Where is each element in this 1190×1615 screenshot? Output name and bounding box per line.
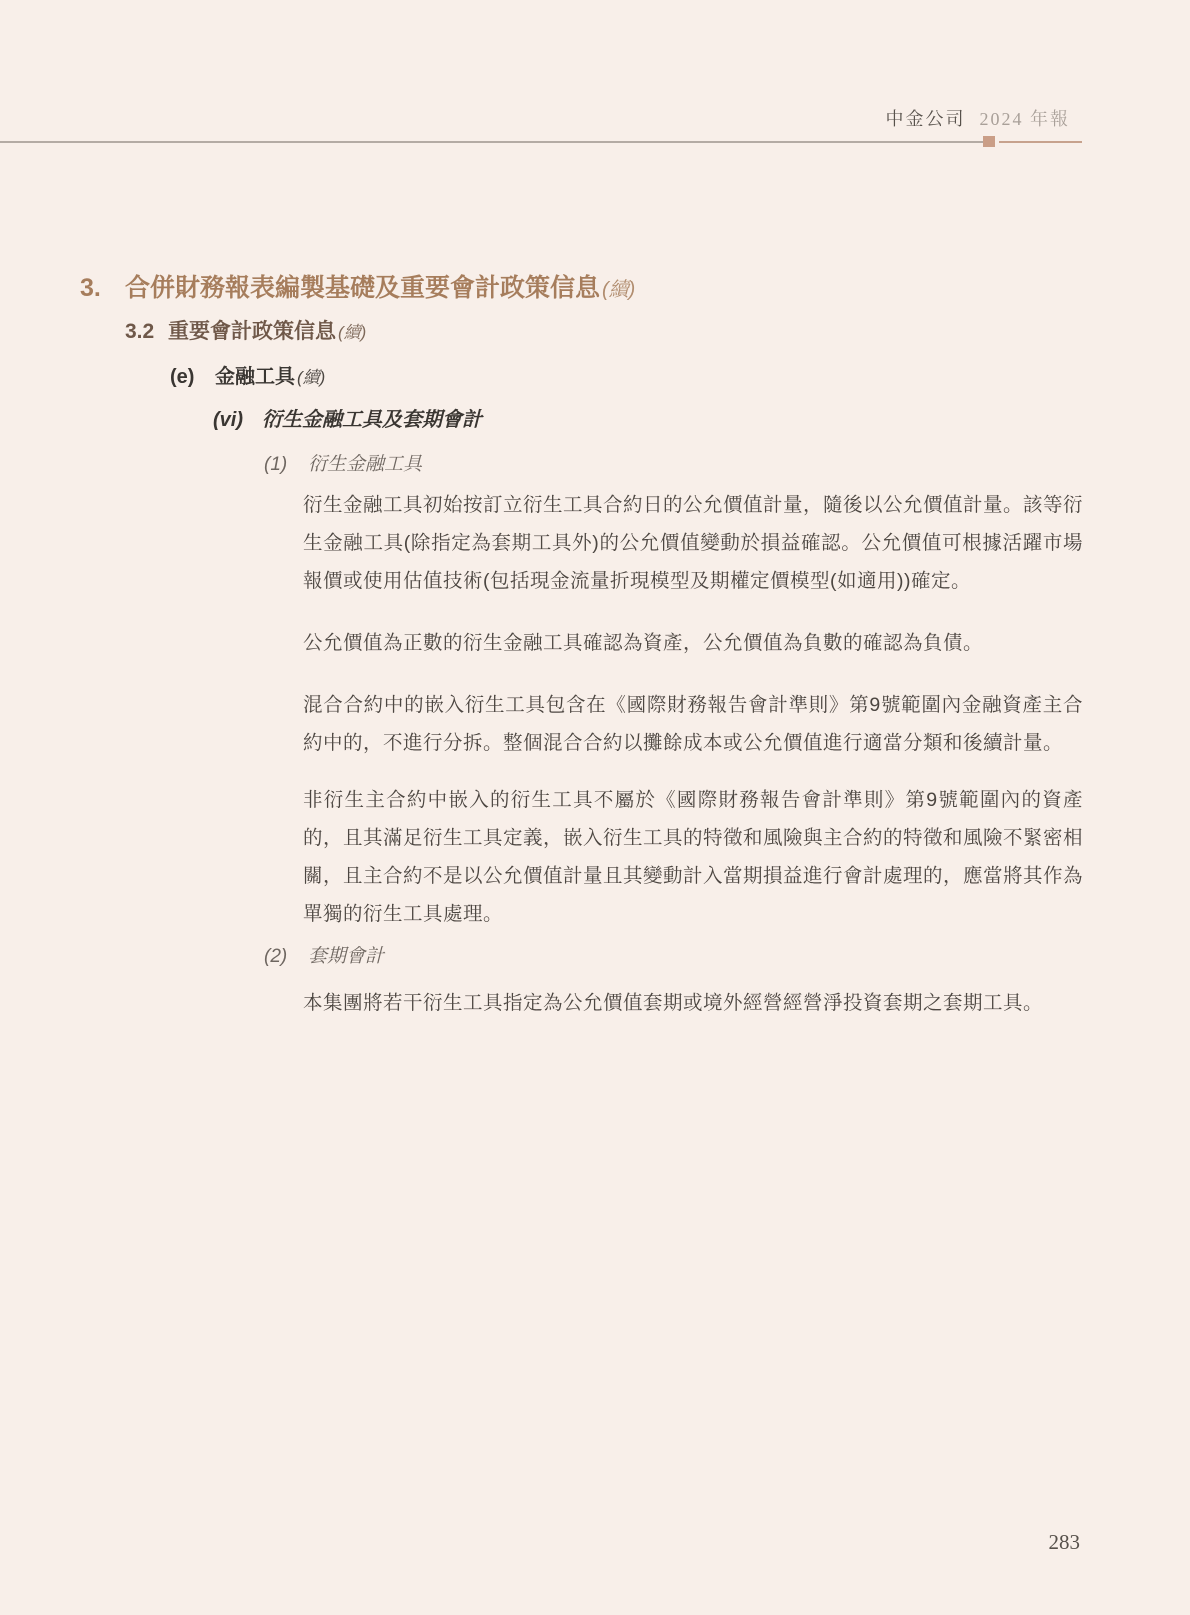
- paragraph-derivatives-initial-measurement: 衍生金融工具初始按訂立衍生工具合約日的公允價值計量，隨後以公允價值計量。該等衍生…: [303, 486, 1083, 600]
- company-name: 中金公司: [886, 109, 966, 129]
- item-e-label: (e): [170, 364, 215, 391]
- item-e-title: 金融工具: [215, 366, 295, 388]
- section-number: 3.: [80, 272, 125, 304]
- section-continued-label: (續): [602, 279, 635, 301]
- item-e-heading: (e)金融工具(續): [170, 364, 325, 391]
- subsection-heading: 3.2重要會計政策信息(續): [125, 318, 366, 347]
- item-vi-title: 衍生金融工具及套期會計: [262, 409, 482, 431]
- paragraph-derivatives-asset-liability: 公允價值為正數的衍生金融工具確認為資產，公允價值為負數的確認為負債。: [303, 624, 1083, 662]
- subitem-1-heading: (1)衍生金融工具: [264, 452, 422, 478]
- report-year-label: 2024 年報: [980, 109, 1071, 129]
- header-rule-square-marker: [983, 136, 995, 147]
- subitem-2-label: (2): [264, 944, 308, 970]
- section-title: 合併財務報表編製基礎及重要會計政策信息: [125, 274, 600, 302]
- subitem-2-heading: (2)套期會計: [264, 944, 384, 970]
- item-vi-heading: (vi)衍生金融工具及套期會計: [213, 407, 482, 434]
- item-e-continued-label: (續): [297, 368, 325, 387]
- header-rule-gray-segment: [0, 141, 983, 143]
- report-page: 中金公司2024 年報 3.合併財務報表編製基礎及重要會計政策信息(續) 3.2…: [0, 0, 1190, 1615]
- paragraph-hybrid-contracts: 混合合約中的嵌入衍生工具包含在《國際財務報告會計準則》第9號範圍內金融資產主合約…: [303, 686, 1083, 762]
- page-number: 283: [1049, 1529, 1081, 1555]
- header-rule-tan-segment: [999, 141, 1082, 143]
- section-heading: 3.合併財務報表編製基礎及重要會計政策信息(續): [80, 272, 635, 306]
- item-vi-label: (vi): [213, 407, 262, 434]
- subitem-1-label: (1): [264, 452, 308, 478]
- subitem-2-title: 套期會計: [308, 946, 384, 967]
- paragraph-hedge-accounting: 本集團將若干衍生工具指定為公允價值套期或境外經營經營淨投資套期之套期工具。: [303, 984, 1083, 1022]
- subsection-title: 重要會計政策信息: [168, 320, 336, 343]
- subsection-continued-label: (續): [338, 323, 366, 342]
- subsection-number: 3.2: [125, 318, 168, 346]
- paragraph-embedded-derivatives: 非衍生主合約中嵌入的衍生工具不屬於《國際財務報告會計準則》第9號範圍內的資產的，…: [303, 781, 1083, 933]
- subitem-1-title: 衍生金融工具: [308, 454, 422, 475]
- page-header: 中金公司2024 年報: [886, 107, 1071, 131]
